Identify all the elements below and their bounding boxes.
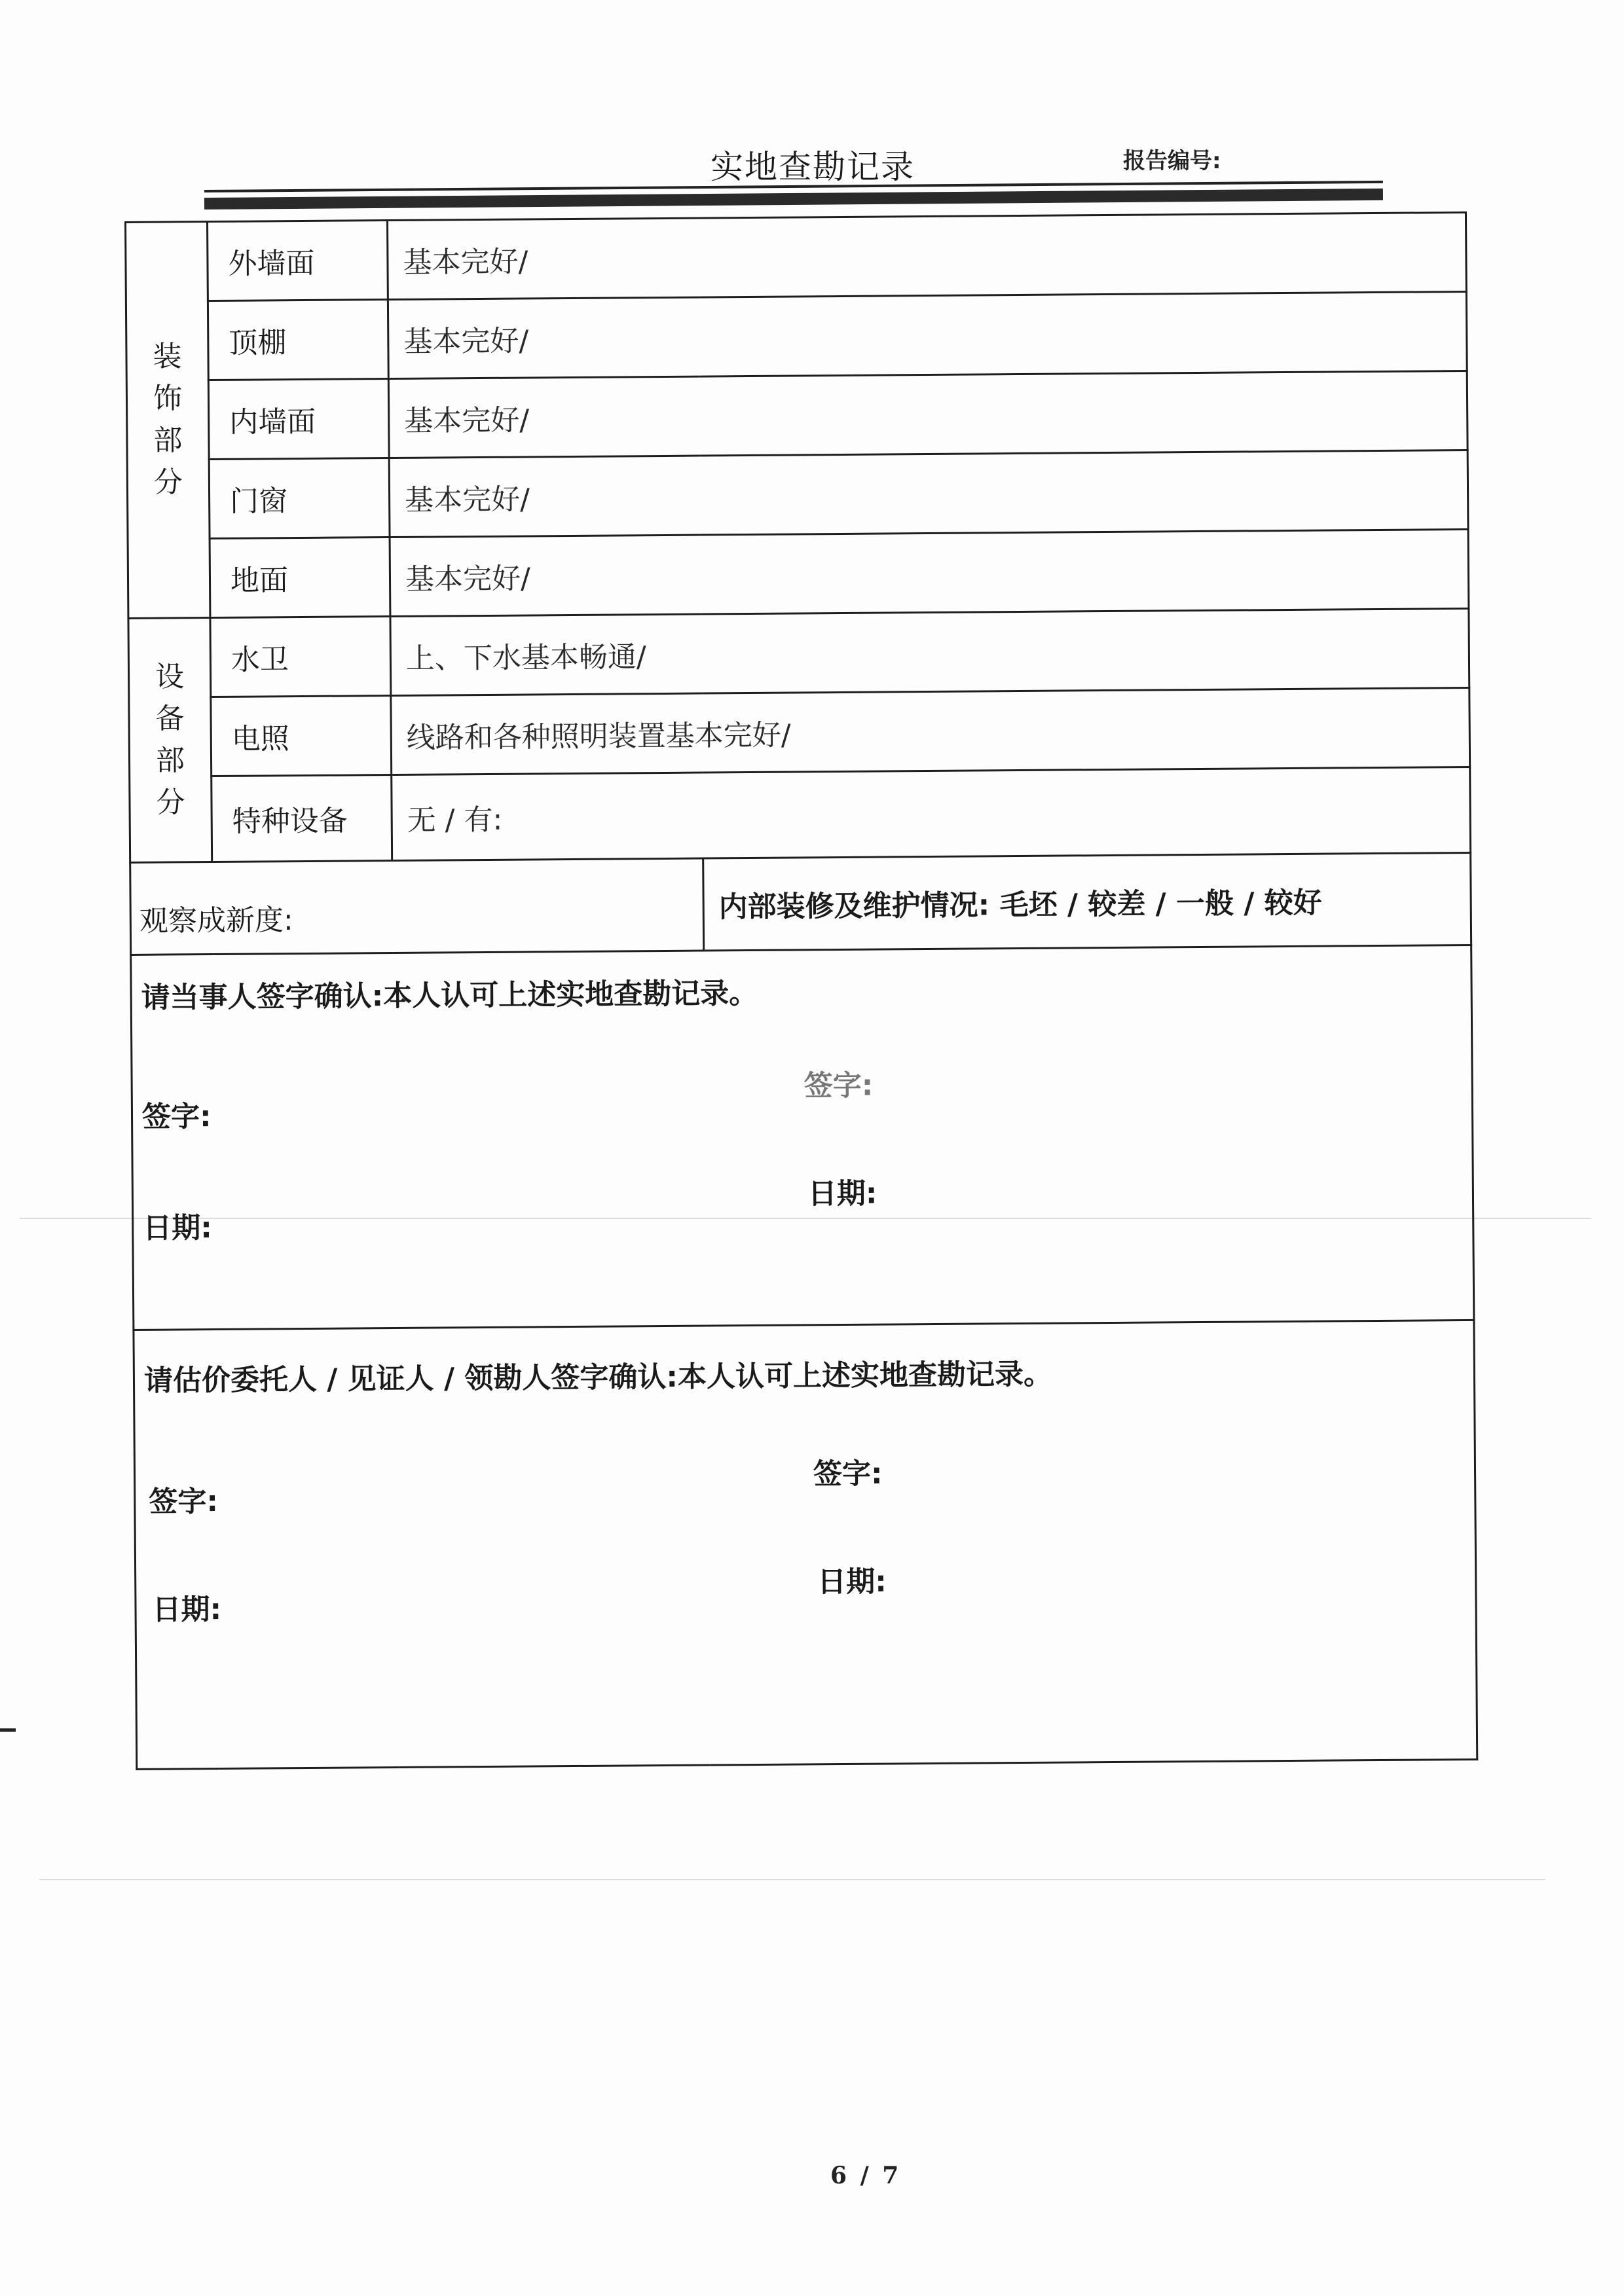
item-value: 基本完好/	[388, 371, 1467, 458]
party-signature-right[interactable]: 签字:	[803, 1062, 873, 1104]
table-row-floor: 地面 基本完好/	[128, 529, 1469, 618]
item-label: 外墙面	[208, 221, 388, 301]
item-value: 基本完好/	[388, 212, 1467, 299]
item-label: 特种设备	[212, 775, 392, 862]
newness-label: 观察成新度:	[139, 903, 293, 938]
page-number: 6 / 7	[830, 2162, 901, 2189]
table-row-plumbing: 设 备 部 分 水卫 上、下水基本畅通/	[128, 608, 1469, 697]
client-signature-left[interactable]: 签字:	[149, 1478, 218, 1520]
item-label: 门窗	[209, 458, 390, 539]
scan-artifact-line	[39, 1879, 1545, 1880]
party-confirmation-block: 请当事人签字确认:本人认可上述实地查勘记录。 签字: 签字: 日期: 日期:	[131, 945, 1474, 1330]
item-value: 基本完好/	[390, 529, 1469, 616]
item-label: 顶棚	[208, 300, 388, 380]
item-value: 无 / 有:	[392, 767, 1471, 860]
table-row-party-confirmation: 请当事人签字确认:本人认可上述实地查勘记录。 签字: 签字: 日期: 日期:	[131, 945, 1474, 1330]
table-row-electrical-lighting: 电照 线路和各种照明装置基本完好/	[129, 687, 1470, 776]
scan-edge-mark	[0, 1728, 16, 1732]
party-date-right[interactable]: 日期:	[808, 1170, 877, 1212]
party-confirmation-heading: 请当事人签字确认:本人认可上述实地查勘记录。	[141, 970, 758, 1016]
table-row-observation: 观察成新度: 内部装修及维护情况: 毛坯 / 较差 / 一般 / 较好	[130, 852, 1471, 955]
item-label: 水卫	[210, 617, 391, 697]
renovation-field[interactable]: 内部装修及维护情况: 毛坯 / 较差 / 一般 / 较好	[703, 852, 1471, 951]
table-row-client-confirmation: 请估价委托人 / 见证人 / 领勘人签字确认:本人认可上述实地查勘记录。 签字:…	[134, 1320, 1477, 1769]
item-label: 地面	[210, 538, 390, 618]
table-row-doors-windows: 门窗 基本完好/	[127, 450, 1468, 539]
report-number-label: 报告编号:	[1123, 143, 1221, 175]
client-date-left[interactable]: 日期:	[152, 1586, 221, 1628]
document-title: 实地查勘记录	[710, 141, 915, 188]
table-row-exterior-wall: 装 饰 部 分 外墙面 基本完好/	[126, 212, 1467, 301]
client-confirmation-heading: 请估价委托人 / 见证人 / 领勘人签字确认:本人认可上述实地查勘记录。	[144, 1351, 1052, 1399]
equipment-section-label: 设 备 部 分	[128, 618, 212, 863]
item-label: 内墙面	[208, 379, 389, 460]
survey-record-form: 装 饰 部 分 外墙面 基本完好/ 顶棚 基本完好/ 内墙面 基本完好/ 门窗 …	[124, 211, 1478, 1770]
decoration-section-label: 装 饰 部 分	[126, 222, 210, 619]
client-confirmation-block: 请估价委托人 / 见证人 / 领勘人签字确认:本人认可上述实地查勘记录。 签字:…	[134, 1320, 1477, 1769]
item-value: 线路和各种照明装置基本完好/	[391, 687, 1470, 774]
client-date-right[interactable]: 日期:	[817, 1558, 887, 1601]
client-signature-right[interactable]: 签字:	[813, 1450, 883, 1493]
item-value: 基本完好/	[389, 450, 1468, 537]
item-value: 基本完好/	[388, 291, 1467, 378]
newness-field[interactable]: 观察成新度:	[130, 858, 704, 955]
item-value: 上、下水基本畅通/	[390, 608, 1469, 695]
item-label: 电照	[211, 696, 392, 776]
document-page: 实地查勘记录 报告编号: 装 饰 部 分 外墙面 基本完好/	[0, 0, 1624, 2296]
renovation-label: 内部装修及维护情况:	[719, 888, 990, 924]
party-signature-left[interactable]: 签字:	[142, 1093, 212, 1135]
table-row-special-equipment: 特种设备 无 / 有:	[130, 767, 1471, 862]
party-date-left[interactable]: 日期:	[143, 1204, 212, 1247]
survey-table: 装 饰 部 分 外墙面 基本完好/ 顶棚 基本完好/ 内墙面 基本完好/ 门窗 …	[124, 211, 1478, 1770]
table-row-ceiling: 顶棚 基本完好/	[126, 291, 1467, 380]
table-row-interior-wall: 内墙面 基本完好/	[126, 371, 1467, 460]
renovation-options[interactable]: 毛坯 / 较差 / 一般 / 较好	[999, 886, 1321, 922]
header-rule-thick	[204, 189, 1383, 210]
